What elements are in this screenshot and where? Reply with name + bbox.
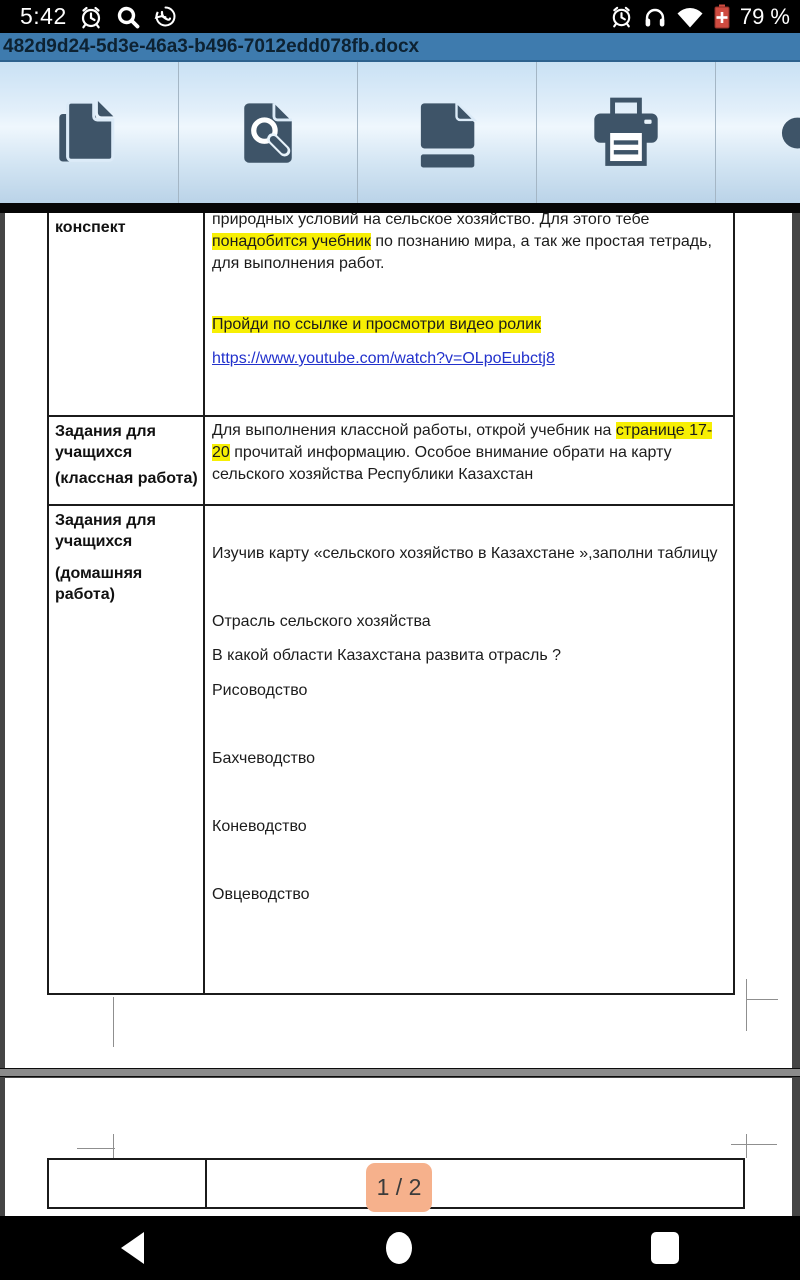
search-in-document-button[interactable] [179, 62, 358, 203]
paragraph: Пройди по ссылке и просмотри видео ролик [212, 314, 719, 336]
wifi-icon [676, 5, 704, 29]
youtube-link[interactable]: https://www.youtube.com/watch?v=OLpoEubc… [212, 350, 555, 367]
table-cell-content: Изучив карту «сельского хозяйство в Каза… [205, 506, 733, 995]
paragraph: природных условий на сельское хозяйство.… [212, 213, 719, 275]
print-icon [587, 94, 665, 172]
back-button[interactable] [0, 1231, 266, 1265]
table-row-homework: Задания для учащихся (домашняя работа) И… [49, 506, 733, 995]
home-button[interactable] [266, 1231, 532, 1265]
page-indicator-text: 1 / 2 [377, 1174, 422, 1201]
table-cell-content: природных условий на сельское хозяйство.… [205, 213, 733, 415]
paragraph: https://www.youtube.com/watch?v=OLpoEubc… [212, 348, 719, 370]
cell-label: конспект [55, 217, 199, 238]
search-document-icon [230, 95, 306, 171]
share-icon [776, 95, 800, 171]
table-row-classwork: Задания для учащихся (классная работа) Д… [49, 417, 733, 506]
page-indicator-badge: 1 / 2 [366, 1163, 432, 1212]
paragraph: Бахчеводство [212, 748, 719, 770]
paragraph: Рисоводство [212, 680, 719, 702]
save-document-icon [409, 95, 485, 171]
home-icon [384, 1231, 414, 1265]
paragraph: Отрасль сельского хозяйства [212, 611, 719, 633]
table-cell-header: конспект [49, 213, 205, 415]
lesson-table: конспект природных условий на сельское х… [47, 213, 735, 995]
text-run: природных условий на сельское хозяйство.… [212, 213, 649, 228]
paragraph: Изучив карту «сельского хозяйство в Каза… [212, 543, 719, 565]
recents-icon [650, 1231, 680, 1265]
highlighted-text: понадобится учебник [212, 233, 371, 250]
paragraph: Коневодство [212, 816, 719, 838]
battery-percent: 79 % [740, 4, 790, 30]
highlighted-text: Пройди по ссылке и просмотри видео ролик [212, 316, 541, 333]
status-bar: 5:42 [0, 0, 800, 33]
document-filename: 482d9d24-5d3e-46a3-b496-7012edd078fb.doc… [3, 36, 419, 57]
pages-icon [51, 95, 127, 171]
table-guide-mark [113, 997, 114, 1047]
table-cell-header: Задания для учащихся (домашняя работа) [49, 506, 205, 995]
cell-sublabel: (домашняя работа) [55, 563, 199, 605]
pages-button[interactable] [0, 62, 179, 203]
headphones-icon [642, 4, 668, 30]
save-document-button[interactable] [358, 62, 537, 203]
table-cell-content: Для выполнения классной работы, открой у… [205, 417, 733, 504]
table-guide-mark [113, 1134, 114, 1158]
table-guide-mark [77, 1148, 115, 1149]
alarm-icon [78, 4, 104, 30]
cell-sublabel: (классная работа) [55, 468, 199, 489]
table-cell [49, 1160, 207, 1207]
toolbar-shadow-divider [0, 203, 800, 213]
cell-label: Задания для учащихся [55, 421, 199, 463]
text-run: прочитай информацию. Особое внимание обр… [212, 444, 672, 483]
back-icon [120, 1231, 146, 1265]
table-guide-mark [731, 1144, 777, 1145]
table-guide-mark [746, 979, 747, 1031]
paragraph: В какой области Казахстана развита отрас… [212, 645, 719, 667]
table-cell-header: Задания для учащихся (классная работа) [49, 417, 205, 504]
search-icon [115, 4, 141, 30]
page-separator [0, 1068, 800, 1077]
table-row-konspekt: конспект природных условий на сельское х… [49, 213, 733, 417]
table-guide-mark [746, 1134, 747, 1158]
alarm-icon [609, 4, 634, 29]
share-button[interactable] [716, 62, 800, 203]
paragraph: Овцеводство [212, 884, 719, 906]
document-title-bar: 482d9d24-5d3e-46a3-b496-7012edd078fb.doc… [0, 33, 800, 62]
android-navigation-bar [0, 1216, 800, 1280]
document-page-1: конспект природных условий на сельское х… [5, 213, 792, 1068]
print-button[interactable] [537, 62, 716, 203]
clock-time: 5:42 [20, 3, 67, 30]
table-cell [207, 1160, 743, 1207]
whatsapp-icon [152, 3, 179, 30]
status-bar-left: 5:42 [0, 3, 179, 30]
paragraph: Для выполнения классной работы, открой у… [212, 420, 719, 486]
toolbar [0, 62, 800, 203]
battery-saver-icon [712, 3, 732, 30]
recents-button[interactable] [532, 1231, 798, 1265]
cell-label: Задания для учащихся [55, 510, 199, 552]
table-guide-mark [746, 999, 778, 1000]
text-run: Для выполнения классной работы, открой у… [212, 422, 616, 439]
status-bar-right: 79 % [609, 3, 800, 30]
document-viewer[interactable]: конспект природных условий на сельское х… [0, 213, 800, 1216]
